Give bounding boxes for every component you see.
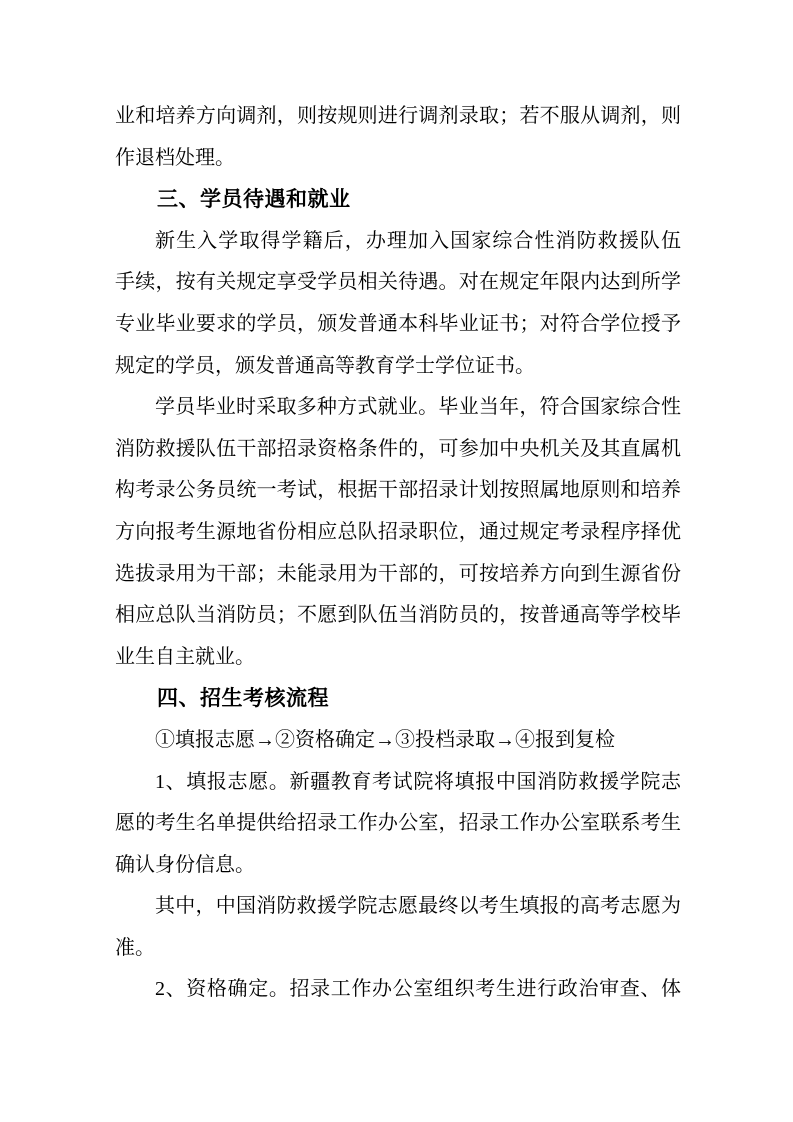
text-line: ①填报志愿→②资格确定→③投档录取→④报到复检 [115,720,681,762]
section-heading: 三、学员待遇和就业 [115,179,681,221]
text-line: 1、填报志愿。新疆教育考试院将填报中国消防救援学院志 [115,762,681,804]
text-line: 选拔录用为干部；未能录用为干部的，可按培养方向到生源省份 [115,554,681,596]
paragraph: 其中，中国消防救援学院志愿最终以考生填报的高考志愿为准。 [115,886,681,969]
text-line: 构考录公务员统一考试，根据干部招录计划按照属地原则和培养 [115,470,681,512]
text-line: 业生自主就业。 [115,637,681,679]
text-line: 其中，中国消防救援学院志愿最终以考生填报的高考志愿为 [115,886,681,928]
text-line: 作退档处理。 [115,138,681,180]
document-body: 业和培养方向调剂，则按规则进行调剂录取；若不服从调剂，则作退档处理。三、学员待遇… [115,96,681,1011]
text-line: 新生入学取得学籍后，办理加入国家综合性消防救援队伍 [115,221,681,263]
text-line: 学员毕业时采取多种方式就业。毕业当年，符合国家综合性 [115,387,681,429]
text-line: 专业毕业要求的学员，颁发普通本科毕业证书；对符合学位授予 [115,304,681,346]
paragraph: 学员毕业时采取多种方式就业。毕业当年，符合国家综合性消防救援队伍干部招录资格条件… [115,387,681,678]
paragraph: 新生入学取得学籍后，办理加入国家综合性消防救援队伍手续，按有关规定享受学员相关待… [115,221,681,387]
heading-line: 三、学员待遇和就业 [115,179,681,221]
text-line: 消防救援队伍干部招录资格条件的，可参加中央机关及其直属机 [115,429,681,471]
text-line: 愿的考生名单提供给招录工作办公室，招录工作办公室联系考生 [115,803,681,845]
text-line: 方向报考生源地省份相应总队招录职位，通过规定考录程序择优 [115,512,681,554]
document-page: 业和培养方向调剂，则按规则进行调剂录取；若不服从调剂，则作退档处理。三、学员待遇… [0,0,793,1122]
text-line: 规定的学员，颁发普通高等教育学士学位证书。 [115,346,681,388]
section-heading: 四、招生考核流程 [115,678,681,720]
paragraph: 2、资格确定。招录工作办公室组织考生进行政治审查、体 [115,969,681,1011]
paragraph: 业和培养方向调剂，则按规则进行调剂录取；若不服从调剂，则作退档处理。 [115,96,681,179]
heading-line: 四、招生考核流程 [115,678,681,720]
paragraph: ①填报志愿→②资格确定→③投档录取→④报到复检 [115,720,681,762]
text-line: 相应总队当消防员；不愿到队伍当消防员的，按普通高等学校毕 [115,595,681,637]
text-line: 2、资格确定。招录工作办公室组织考生进行政治审查、体 [115,969,681,1011]
paragraph: 1、填报志愿。新疆教育考试院将填报中国消防救援学院志愿的考生名单提供给招录工作办… [115,762,681,887]
text-line: 准。 [115,928,681,970]
text-line: 业和培养方向调剂，则按规则进行调剂录取；若不服从调剂，则 [115,96,681,138]
text-line: 手续，按有关规定享受学员相关待遇。对在规定年限内达到所学 [115,262,681,304]
text-line: 确认身份信息。 [115,845,681,887]
